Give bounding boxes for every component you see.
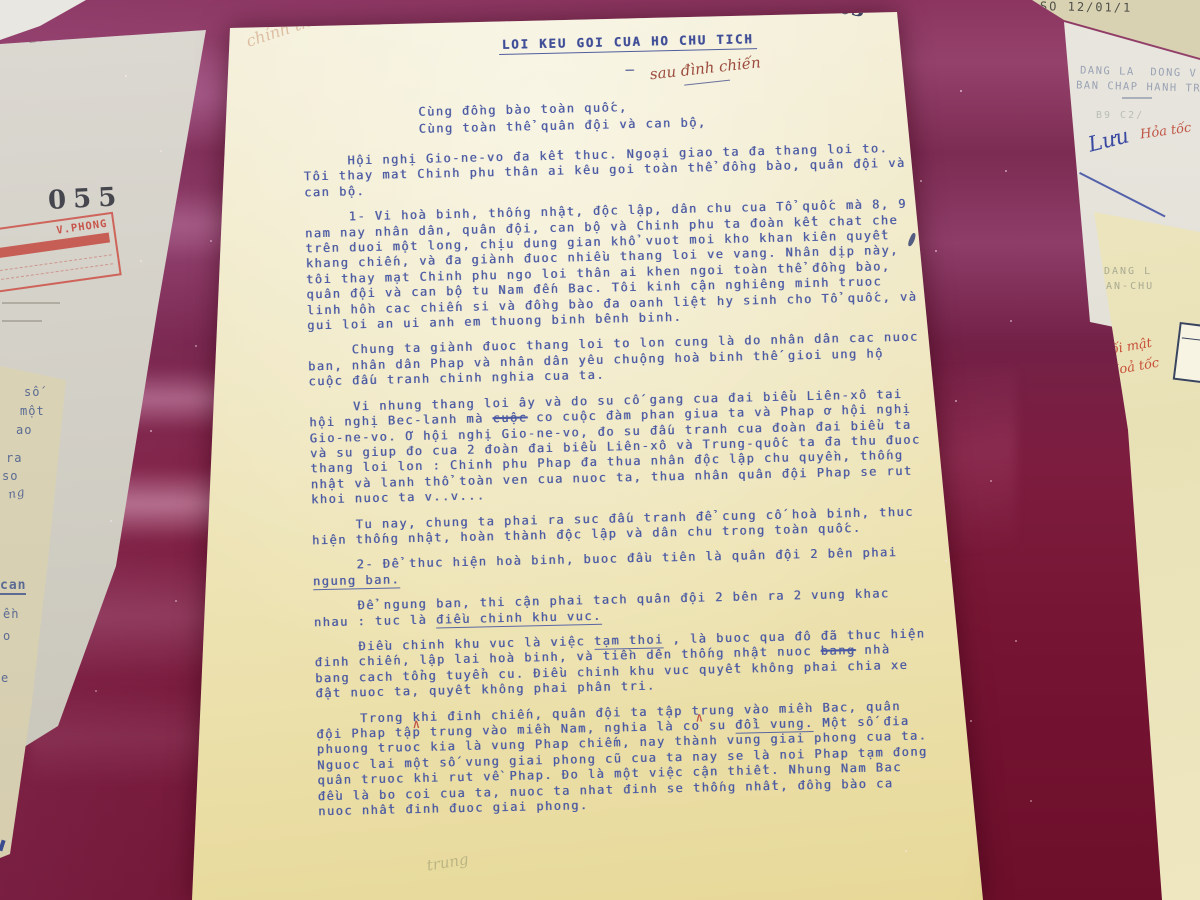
handwritten-bottom-note: trung (425, 850, 469, 875)
document-paragraph: Để ngung ban, thi cận phai tach quân đội… (313, 586, 926, 631)
document-paragraph: Tu nay, chung ta phai ra suc đấu tranh đ… (312, 504, 925, 549)
document-title: LOI KEU GOI CUA HO CHU TICH (499, 31, 757, 55)
main-document-page: chính thảo 03 LOI KEU GOI CUA HO CHU TIC… (0, 0, 1200, 900)
text-segment: 1- Vi hoà binh, thống nhật, độc lập, dân… (305, 197, 918, 332)
document-paragraph: 2- Để thuc hiện hoà binh, buoc đầu tiên … (313, 545, 926, 590)
title-annotation-row: — sau đình chiến (625, 54, 927, 79)
document-paragraph: 1- Vi hoà binh, thống nhật, độc lập, dân… (305, 197, 920, 334)
museum-display-photo: { "colors": { "backdrop_top": "#8b3560",… (0, 0, 1200, 900)
document-body: Hội nghị Gio-ne-vo đa kết thuc. Ngoại gi… (235, 140, 944, 821)
insertion-caret: Λ (413, 720, 419, 731)
document-paragraph: Trong khi đinh chiến, quân đội ta tập tr… (316, 698, 930, 820)
handwritten-top-note: chính thảo (244, 6, 332, 51)
document-content: chính thảo 03 LOI KEU GOI CUA HO CHU TIC… (232, 0, 946, 900)
title-row: LOI KEU GOI CUA HO CHU TICH (499, 24, 927, 55)
document-paragraph: Điều chinh khu vuc là việc tạm thoi , là… (314, 626, 927, 701)
text-segment: Chung ta giành đuoc thang loi to lon cun… (308, 330, 919, 389)
text-segment: Tu nay, chung ta phai ra suc đấu tranh đ… (312, 504, 914, 547)
handwritten-title-note: sau đình chiến (649, 53, 762, 83)
main-document-wrap: chính thảo 03 LOI KEU GOI CUA HO CHU TIC… (0, 0, 1200, 900)
text-segment: Hội nghị Gio-ne-vo đa kết thuc. Ngoại gi… (304, 141, 906, 199)
text-segment: 2- Để thuc hiện hoà binh, buoc đầu tiên … (357, 545, 898, 571)
document-paragraph: Chung ta giành đuoc thang loi to lon cun… (308, 330, 921, 390)
handwritten-page-number: 03 (837, 0, 866, 22)
document-paragraph: Hội nghị Gio-ne-vo đa kết thuc. Ngoại gi… (303, 141, 916, 201)
typed-dash: — (625, 62, 634, 78)
document-paragraph: Vi nhung thang loi ây và do su cố gang c… (309, 386, 923, 508)
salutation-block: Cùng đồng bào toàn quốc, Cùng toàn thể q… (418, 92, 929, 138)
insertion-caret: Λ (696, 714, 702, 725)
text-segment: điều chinh khu vuc. (436, 608, 602, 628)
text-segment: ngung ban. (313, 572, 401, 590)
dust-specks (0, 0, 2, 2)
text-segment: bang (821, 643, 856, 658)
text-segment: cuộc (492, 410, 527, 425)
